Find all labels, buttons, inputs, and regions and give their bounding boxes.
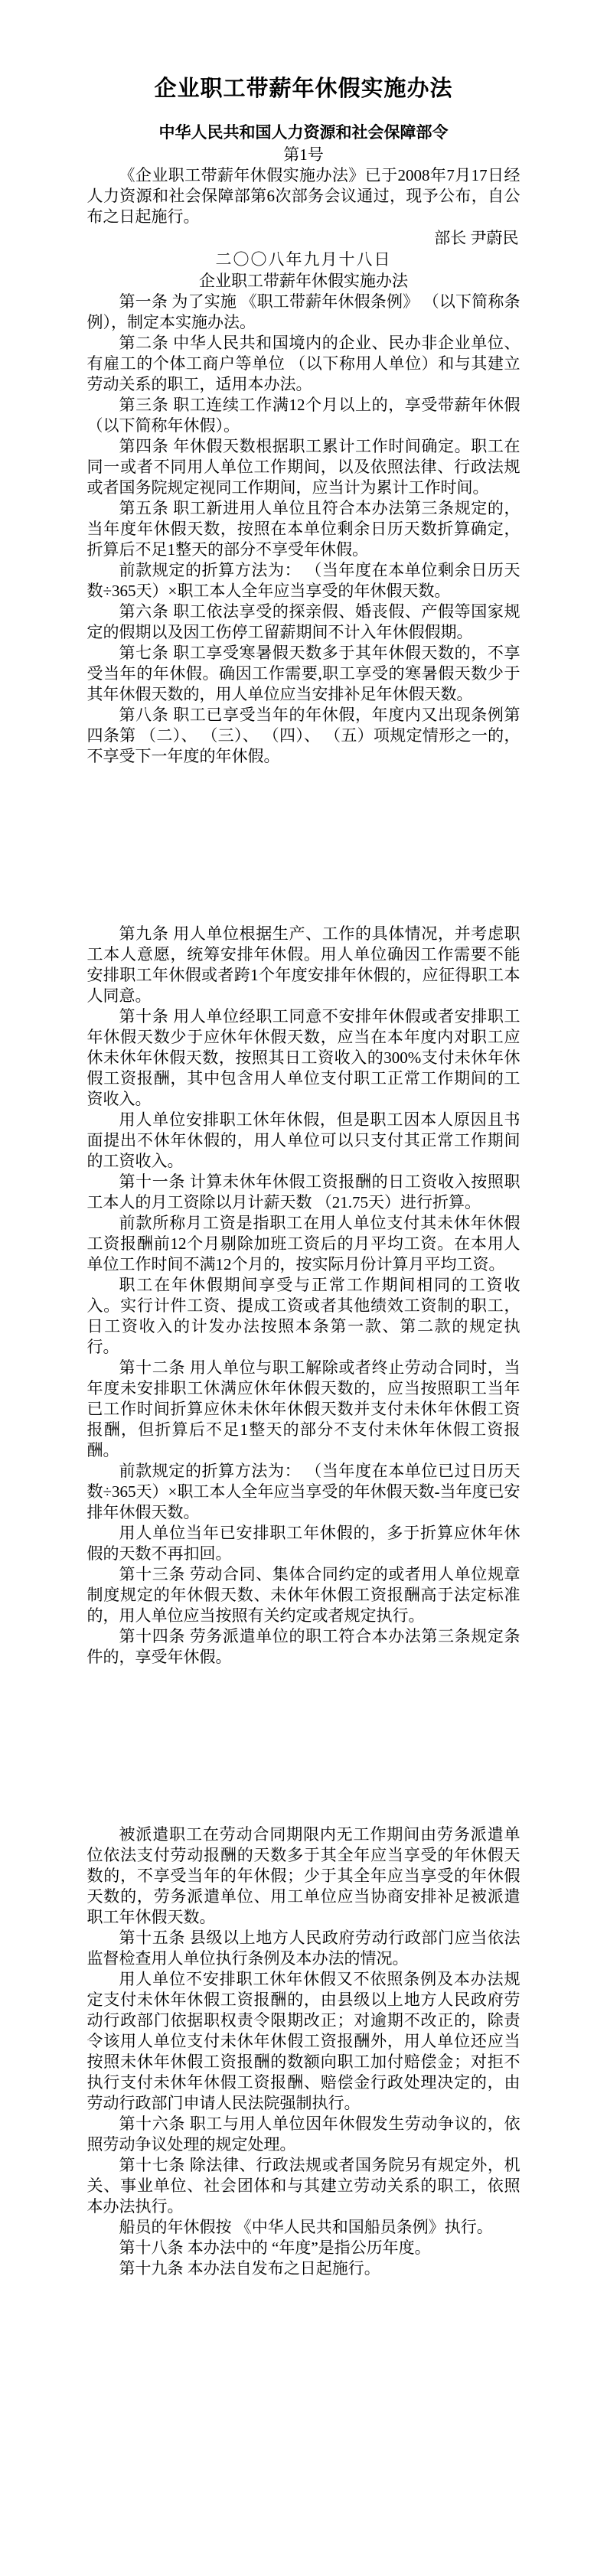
law-paragraph: 第九条 用人单位根据生产、工作的具体情况，并考虑职工本人意愿，统筹安排年休假。用… — [87, 924, 521, 1006]
law-paragraph: 用人单位不安排职工休年休假又不依照条例及本办法规定支付未休年休假工资报酬的，由县… — [87, 1969, 521, 2114]
minister-signatory: 部长 尹蔚民 — [87, 227, 521, 249]
page-break-gap — [87, 767, 521, 924]
decree-issuer: 中华人民共和国人力资源和社会保障部令 — [87, 121, 521, 144]
document-content: 企业职工带薪年休假实施办法 中华人民共和国人力资源和社会保障部令 第1号 《企业… — [87, 75, 521, 2279]
law-paragraph: 第二条 中华人民共和国境内的企业、民办非企业单位、有雇工的个体工商户等单位 （以… — [87, 333, 521, 395]
law-paragraph: 第十二条 用人单位与职工解除或者终止劳动合同时，当年度未安排职工休满应休年休假天… — [87, 1358, 521, 1461]
law-paragraph: 第十三条 劳动合同、集体合同约定的或者用人单位规章制度规定的年休假天数、未休年休… — [87, 1564, 521, 1626]
law-paragraph: 前款规定的折算方法为： （当年度在本单位剩余日历天数÷365天）×职工本人全年应… — [87, 560, 521, 602]
law-paragraph: 第一条 为了实施 《职工带薪年休假条例》 （以下简称条例），制定本实施办法。 — [87, 292, 521, 333]
law-paragraph: 第十六条 职工与用人单位因年休假发生劳动争议的，依照劳动争议处理的规定处理。 — [87, 2114, 521, 2155]
law-paragraph: 第十一条 计算未休年休假工资报酬的日工资收入按照职工本人的月工资除以月计薪天数 … — [87, 1172, 521, 1213]
law-paragraph: 第十七条 除法律、行政法规或者国务院另有规定外，机关、事业单位、社会团体和与其建… — [87, 2155, 521, 2217]
law-paragraph: 第六条 职工依法享受的探亲假、婚丧假、产假等国家规定的假期以及因工伤停工留薪期间… — [87, 602, 521, 643]
law-paragraph: 第十条 用人单位经职工同意不安排年休假或者安排职工年休假天数少于应休年休假天数，… — [87, 1006, 521, 1110]
law-paragraph: 用人单位安排职工休年休假，但是职工因本人原因且书面提出不休年休假的，用人单位可以… — [87, 1110, 521, 1172]
law-paragraph: 第五条 职工新进用人单位且符合本办法第三条规定的，当年度年休假天数，按照在本单位… — [87, 498, 521, 560]
law-paragraph: 船员的年休假按 《中华人民共和国船员条例》执行。 — [87, 2217, 521, 2238]
document-title: 企业职工带薪年休假实施办法 — [87, 75, 521, 103]
law-paragraph: 第八条 职工已享受当年的年休假，年度内又出现条例第四条第 （二）、 （三）、 （… — [87, 705, 521, 767]
law-body: 第一条 为了实施 《职工带薪年休假条例》 （以下简称条例），制定本实施办法。第二… — [87, 292, 521, 2279]
law-body-title: 企业职工带薪年休假实施办法 — [87, 270, 521, 292]
law-paragraph: 职工在年休假期间享受与正常工作期间相同的工资收入。实行计件工资、提成工资或者其他… — [87, 1275, 521, 1358]
promulgation-paragraph: 《企业职工带薪年休假实施办法》已于2008年7月17日经人力资源和社会保障部第6… — [87, 165, 521, 227]
law-paragraph: 前款所称月工资是指职工在用人单位支付其未休年休假工资报酬前12个月剔除加班工资后… — [87, 1213, 521, 1275]
law-paragraph: 被派遣职工在劳动合同期限内无工作期间由劳务派遣单位依法支付劳动报酬的天数多于其全… — [87, 1824, 521, 1928]
law-paragraph: 第十四条 劳务派遣单位的职工符合本办法第三条规定条件的，享受年休假。 — [87, 1626, 521, 1668]
law-paragraph: 第十五条 县级以上地方人民政府劳动行政部门应当依法监督检查用人单位执行条例及本办… — [87, 1928, 521, 1969]
law-paragraph: 第四条 年休假天数根据职工累计工作时间确定。职工在同一或者不同用人单位工作期间，… — [87, 436, 521, 498]
law-paragraph: 前款规定的折算方法为： （当年度在本单位已过日历天数÷365天）×职工本人全年应… — [87, 1461, 521, 1523]
law-paragraph: 第三条 职工连续工作满12个月以上的，享受带薪年休假（以下简称年休假）。 — [87, 395, 521, 436]
decree-date: 二〇〇八年九月十八日 — [87, 249, 521, 270]
law-paragraph: 第十八条 本办法中的 “年度”是指公历年度。 — [87, 2238, 521, 2258]
decree-number: 第1号 — [87, 144, 521, 165]
document-page: 企业职工带薪年休假实施办法 中华人民共和国人力资源和社会保障部令 第1号 《企业… — [0, 0, 607, 2576]
law-paragraph: 第七条 职工享受寒暑假天数多于其年休假天数的，不享受当年的年休假。确因工作需要,… — [87, 643, 521, 705]
page-break-gap — [87, 1668, 521, 1824]
law-paragraph: 第十九条 本办法自发布之日起施行。 — [87, 2258, 521, 2279]
law-paragraph: 用人单位当年已安排职工年休假的，多于折算应休年休假的天数不再扣回。 — [87, 1523, 521, 1564]
